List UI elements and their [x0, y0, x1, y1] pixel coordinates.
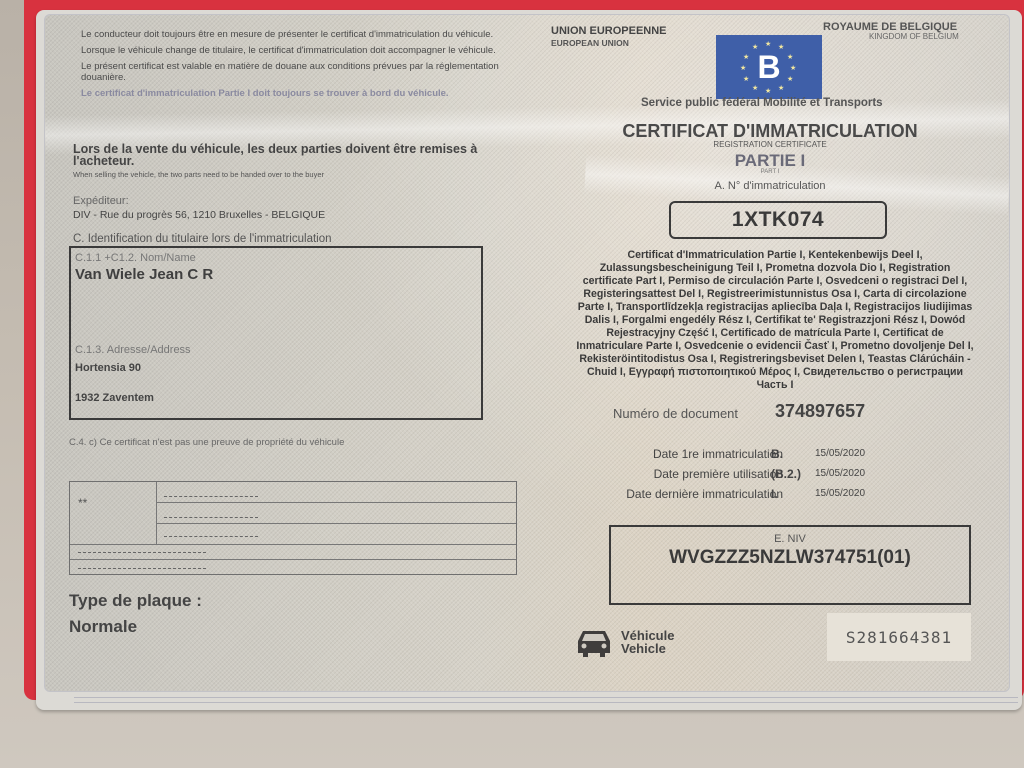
sleeve-edge: [74, 694, 1018, 698]
vin-box: E. NIV WVGZZZ5NZLW374751(01): [609, 525, 971, 605]
notice-faded: Le certificat d'immatriculation Partie I…: [81, 88, 511, 99]
address-line-2: 1932 Zaventem: [75, 392, 154, 404]
blank-field: [164, 536, 258, 537]
blank-field: [78, 568, 206, 569]
certificate-title: CERTIFICAT D'IMMATRICULATION: [585, 121, 955, 142]
vehicle-category: Véhicule Vehicle: [621, 629, 674, 655]
holder-section-label: C. Identification du titulaire lors de l…: [73, 233, 332, 245]
notice-2: Lorsque le véhicule change de titulaire,…: [81, 45, 511, 56]
blank-field: [164, 496, 258, 497]
plate-number: 1XTK074: [669, 201, 887, 239]
document-number: 374897657: [775, 401, 865, 422]
service-label: Service public fédéral Mobilité et Trans…: [641, 97, 883, 109]
plate-type-label: Type de plaque :: [69, 591, 202, 611]
vin-value: WVGZZZ5NZLW374751(01): [611, 547, 969, 569]
sale-notice: Lors de la vente du véhicule, les deux p…: [73, 143, 503, 167]
multilingual-title-list: Certificat d'Immatriculation Partie I, K…: [575, 249, 975, 392]
eu-label: UNION EUROPEENNE: [551, 25, 667, 37]
notice-3: Le présent certificat est valable en mat…: [81, 61, 511, 83]
sale-notice-en: When selling the vehicle, the two parts …: [73, 170, 324, 179]
plate-type-value: Normale: [69, 617, 137, 637]
table-line: [156, 502, 516, 503]
certificate-title-en: REGISTRATION CERTIFICATE: [585, 140, 955, 149]
eu-label-en: EUROPEAN UNION: [551, 38, 629, 48]
plate-number-label: A. N° d'immatriculation: [585, 180, 955, 192]
car-icon: [575, 627, 613, 664]
holder-name: Van Wiele Jean C R: [75, 266, 213, 283]
notice-1: Le conducteur doit toujours être en mesu…: [81, 29, 511, 40]
name-label: C.1.1 +C1.2. Nom/Name: [75, 252, 196, 264]
registration-certificate: Le conducteur doit toujours être en mesu…: [44, 14, 1010, 692]
blank-field: [78, 552, 206, 553]
document-number-label: Numéro de document: [613, 406, 738, 421]
vin-label: E. NIV: [611, 533, 969, 545]
address-label: C.1.3. Adresse/Address: [75, 344, 191, 356]
kingdom-label-en: KINGDOM OF BELGIUM: [869, 32, 959, 41]
sender-address: DIV - Rue du progrès 56, 1210 Bruxelles …: [73, 209, 325, 221]
address-line-1: Hortensia 90: [75, 362, 141, 374]
table-divider: [156, 482, 157, 544]
sender-label: Expéditeur:: [73, 195, 129, 207]
table-line: [70, 559, 516, 560]
ownership-note: C.4. c) Ce certificat n'est pas une preu…: [69, 437, 344, 448]
table-marker: **: [78, 496, 87, 510]
table-line: [70, 544, 516, 545]
part-label-en: PART I: [585, 169, 955, 175]
sleeve-edge: [74, 699, 1018, 703]
serial-number: S281664381: [827, 613, 971, 661]
holder-box: C.1.1 +C1.2. Nom/Name Van Wiele Jean C R…: [69, 246, 483, 420]
table-line: [156, 523, 516, 524]
annotation-table: **: [69, 481, 517, 575]
blank-field: [164, 517, 258, 518]
flag-letter: B: [716, 49, 822, 85]
part-label: PARTIE I: [585, 151, 955, 171]
notices: Le conducteur doit toujours être en mesu…: [81, 29, 511, 104]
eu-flag-icon: ★ ★ ★ ★ ★ ★ ★ ★ ★ ★ ★ ★ B: [716, 35, 822, 99]
